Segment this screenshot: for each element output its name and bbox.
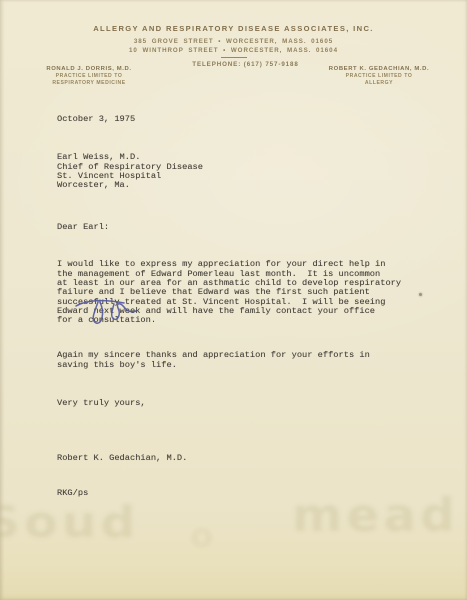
letterhead-divider-rule	[221, 57, 247, 58]
paragraph-2: Again my sincere thanks and appreciation…	[57, 351, 437, 370]
recipient-address: Earl Weiss, M.D. Chief of Respiratory Di…	[57, 153, 437, 190]
address-line-1: 385 GROVE STREET • WORCESTER, MASS. 0160…	[0, 38, 467, 45]
physician-left-practice-line2: RESPIRATORY MEDICINE	[26, 80, 152, 87]
closing-line: Very truly yours,	[57, 399, 437, 408]
physician-right-name: ROBERT K. GEDACHIAN, M.D.	[314, 66, 444, 73]
physician-block-left: RONALD J. DORRIS, M.D. PRACTICE LIMITED …	[26, 66, 152, 87]
physician-block-right: ROBERT K. GEDACHIAN, M.D. PRACTICE LIMIT…	[314, 66, 444, 87]
handwritten-signature	[68, 295, 152, 329]
physician-right-practice-line1: PRACTICE LIMITED TO	[314, 73, 444, 80]
physician-left-practice-line1: PRACTICE LIMITED TO	[26, 73, 152, 80]
bleed-through-ghost-mid: o	[190, 516, 217, 556]
reference-initials: RKG/ps	[57, 489, 437, 498]
signature-typed-name: Robert K. Gedachian, M.D.	[57, 454, 437, 463]
letter-date: October 3, 1975	[57, 115, 437, 124]
paper-speck	[419, 293, 422, 296]
letter-page: Soud o mead ALLERGY AND RESPIRATORY DISE…	[0, 0, 467, 600]
company-name: ALLERGY AND RESPIRATORY DISEASE ASSOCIAT…	[0, 24, 467, 33]
salutation: Dear Earl:	[57, 223, 437, 232]
address-line-2: 10 WINTHROP STREET • WORCESTER, MASS. 01…	[0, 47, 467, 54]
physician-left-name: RONALD J. DORRIS, M.D.	[26, 66, 152, 73]
physician-right-practice-line2: ALLERGY	[314, 80, 444, 87]
